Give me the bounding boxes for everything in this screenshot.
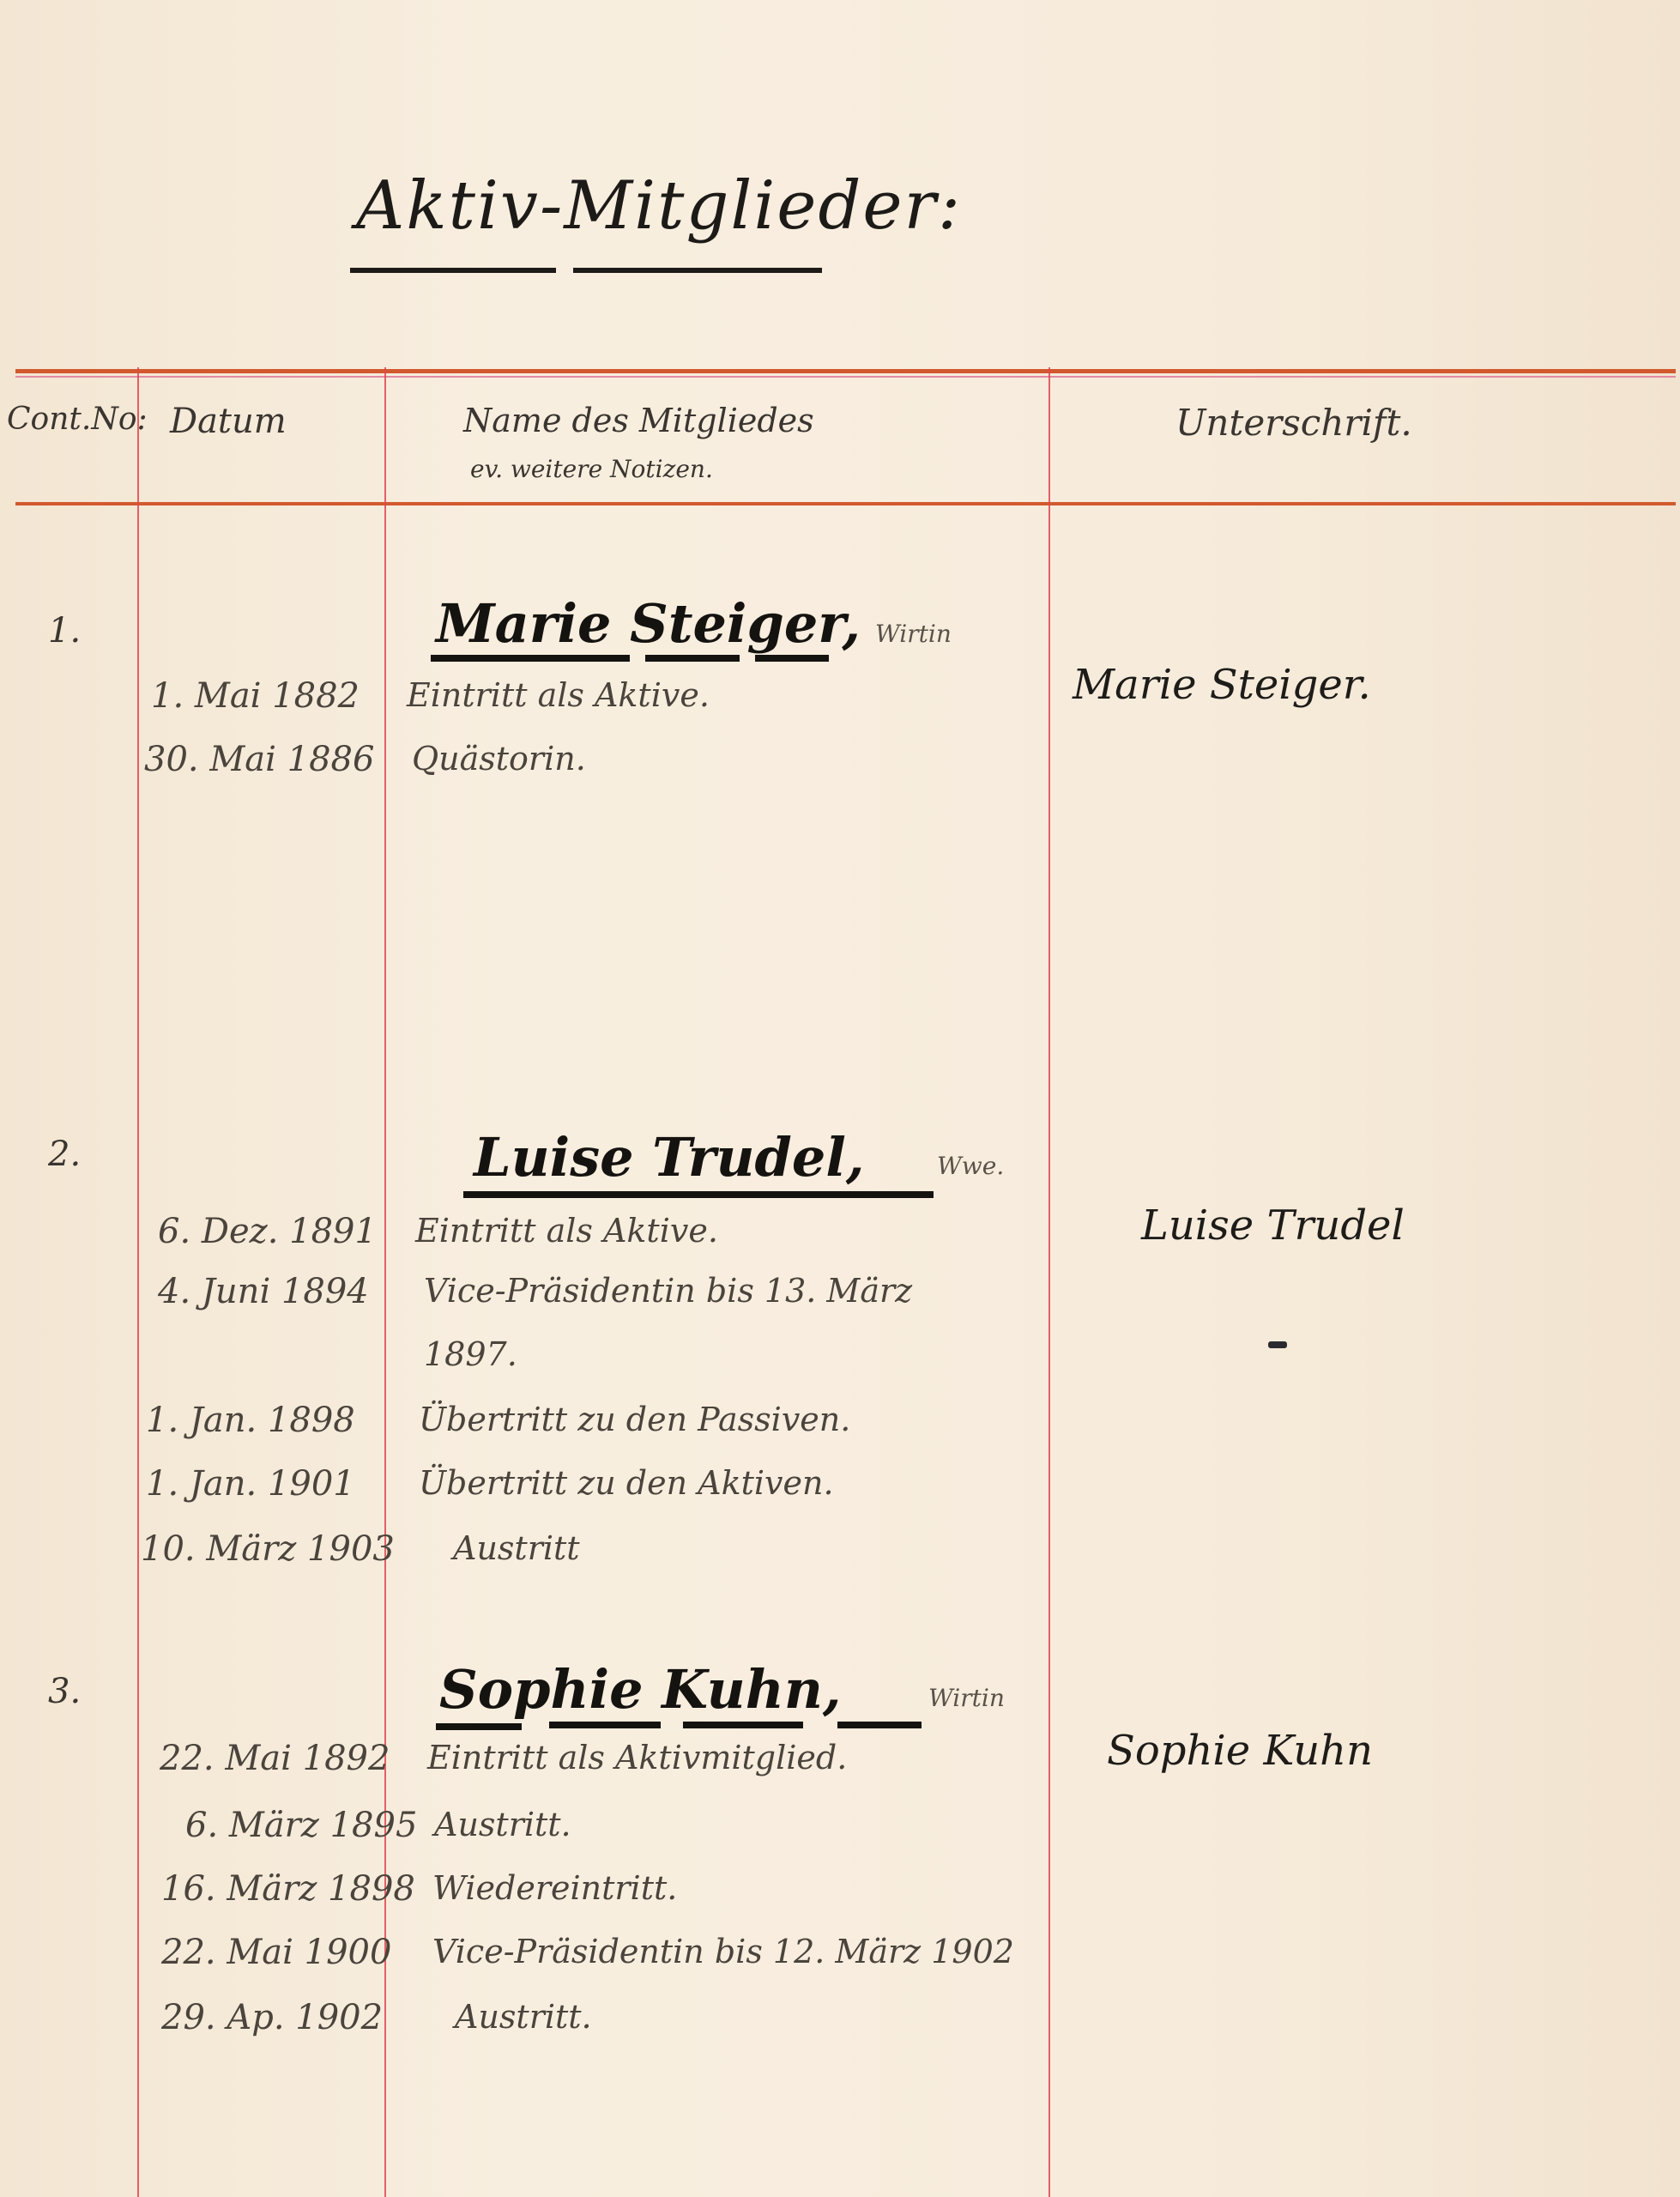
entry-date: 1. Mai 1882 (151, 676, 360, 716)
title-underline (350, 268, 556, 273)
entry-date: 16. März 1898 (161, 1869, 415, 1909)
member-name: Sophie Kuhn, (439, 1658, 841, 1721)
entry-date: 22. Mai 1892 (160, 1739, 390, 1778)
entry-note: Eintritt als Aktive. (415, 1212, 718, 1250)
entry-note: Vice-Präsidentin bis 13. März (424, 1272, 912, 1310)
name-underline (431, 655, 630, 662)
entry-note: Quästorin. (412, 740, 586, 778)
member-number: 3. (48, 1672, 81, 1711)
entry-date: 22. Mai 1900 (161, 1933, 391, 1972)
register-page: Aktiv-Mitglieder: Cont.No: Datum Name de… (0, 0, 1680, 2197)
member-signature: Sophie Kuhn (1107, 1727, 1373, 1775)
entry-date: 4. Juni 1894 (158, 1272, 369, 1311)
entry-note: Vice-Präsidentin bis 12. März 1902 (432, 1933, 1014, 1970)
header-top-rule (15, 369, 1676, 373)
name-underline (755, 655, 829, 662)
header-name-sublabel: ev. weitere Notizen. (470, 455, 713, 483)
name-underline (683, 1722, 803, 1728)
member-occupation: Wwe. (937, 1152, 1004, 1180)
title-underline (573, 268, 822, 273)
entry-date: 10. März 1903 (141, 1529, 395, 1569)
name-underline (549, 1722, 661, 1728)
header-date: Datum (170, 402, 287, 441)
name-underline (436, 1723, 522, 1730)
entry-date: 6. Dez. 1891 (158, 1212, 377, 1251)
entry-note: Austritt. (434, 1806, 571, 1843)
member-number: 2. (48, 1135, 81, 1174)
column-divider (384, 367, 386, 2197)
member-occupation: Wirtin (875, 620, 952, 648)
entry-note: Eintritt als Aktivmitglied. (427, 1739, 847, 1776)
member-name: Marie Steiger, (436, 592, 861, 655)
header-name: Name des Mitgliedes (463, 402, 814, 439)
entry-date: 6. März 1895 (185, 1806, 417, 1845)
entry-date: 30. Mai 1886 (144, 740, 374, 779)
entry-date: 1. Jan. 1898 (146, 1401, 355, 1440)
member-signature: Luise Trudel (1141, 1201, 1405, 1250)
entry-note: Übertritt zu den Aktiven. (419, 1464, 834, 1502)
name-underline (645, 655, 740, 662)
entry-note: Austritt. (455, 1998, 592, 2036)
member-occupation: Wirtin (928, 1684, 1005, 1712)
member-number: 1. (48, 611, 81, 651)
entry-note: Austritt (453, 1529, 580, 1567)
header-signature: Unterschrift. (1175, 402, 1412, 444)
page-title: Aktiv-Mitglieder: (356, 167, 962, 245)
entry-date: 1. Jan. 1901 (146, 1464, 355, 1504)
column-divider (1048, 367, 1050, 2197)
entry-note: Wiedereintritt. (432, 1869, 677, 1907)
entry-date: 29. Ap. 1902 (161, 1998, 383, 2037)
name-underline (463, 1191, 934, 1198)
entry-note: 1897. (424, 1335, 517, 1373)
header-bottom-rule (15, 502, 1676, 505)
header-top-rule-thin (15, 376, 1676, 378)
entry-note: Übertritt zu den Passiven. (419, 1401, 850, 1438)
name-underline (837, 1722, 922, 1728)
member-name: Luise Trudel, (474, 1126, 864, 1189)
header-number: Cont.No: (7, 402, 148, 437)
ink-smudge (1268, 1341, 1287, 1348)
column-divider (137, 367, 139, 2197)
member-signature: Marie Steiger. (1073, 661, 1371, 709)
entry-note: Eintritt als Aktive. (407, 676, 710, 714)
